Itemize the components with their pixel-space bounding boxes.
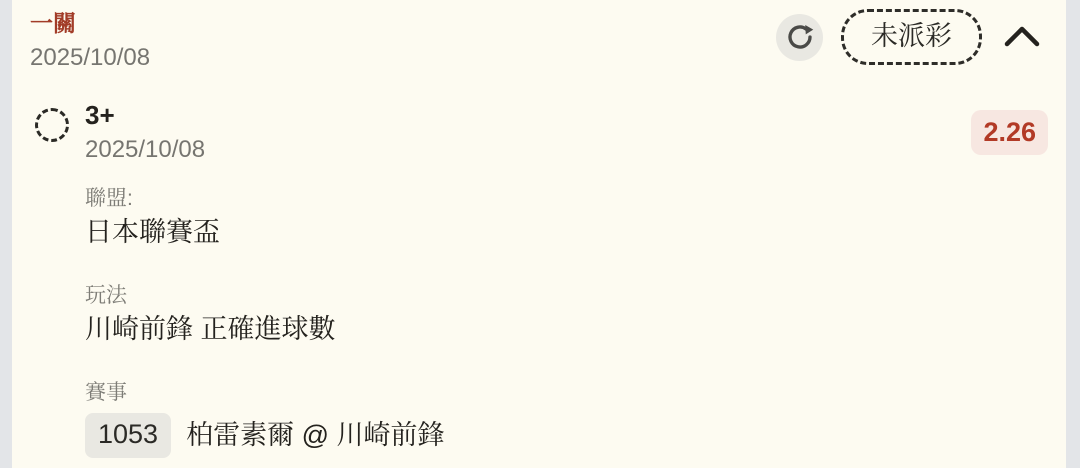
bet-selection: 3+ — [85, 101, 205, 129]
league-label: 聯盟: — [85, 187, 1048, 210]
league-section: 聯盟: 日本聯賽盃 — [85, 187, 1048, 248]
header-controls: 未派彩 — [776, 11, 1044, 63]
bet-leg-header: 3+ 2025/10/08 2.26 — [35, 101, 1048, 163]
bet-selection-block: 3+ 2025/10/08 — [85, 101, 205, 163]
bet-details: 聯盟: 日本聯賽盃 玩法 川崎前鋒 正確進球數 賽事 1053 柏雷素爾 @ 川… — [85, 187, 1048, 458]
bet-slip-header: 一關 2025/10/08 未派彩 — [12, 0, 1066, 71]
market-value: 川崎前鋒 正確進球數 — [85, 314, 1048, 345]
refresh-icon — [785, 22, 815, 52]
event-row: 1053 柏雷素爾 @ 川崎前鋒 — [85, 413, 1048, 458]
bet-type-title: 一關 — [30, 8, 150, 38]
market-label: 玩法 — [85, 284, 1048, 307]
market-section: 玩法 川崎前鋒 正確進球數 — [85, 284, 1048, 345]
odds-badge: 2.26 — [971, 110, 1048, 155]
bet-slip-panel: 一關 2025/10/08 未派彩 — [12, 0, 1066, 468]
header-left: 一關 2025/10/08 — [30, 8, 150, 71]
refresh-button[interactable] — [776, 14, 823, 61]
league-value: 日本聯賽盃 — [85, 217, 1048, 248]
event-label: 賽事 — [85, 381, 1048, 404]
collapse-button[interactable] — [1000, 22, 1044, 52]
pending-status-icon — [35, 108, 69, 142]
bet-date: 2025/10/08 — [85, 137, 205, 163]
event-id-badge: 1053 — [85, 413, 171, 458]
event-name: 柏雷素爾 @ 川崎前鋒 — [186, 420, 444, 451]
bet-slip-date: 2025/10/08 — [30, 45, 150, 71]
bet-leg-item: 3+ 2025/10/08 2.26 聯盟: 日本聯賽盃 玩法 川崎前鋒 正確進… — [12, 101, 1066, 458]
event-section: 賽事 1053 柏雷素爾 @ 川崎前鋒 — [85, 381, 1048, 458]
status-filter-unsettled[interactable]: 未派彩 — [841, 9, 982, 65]
chevron-up-icon — [1002, 22, 1042, 52]
